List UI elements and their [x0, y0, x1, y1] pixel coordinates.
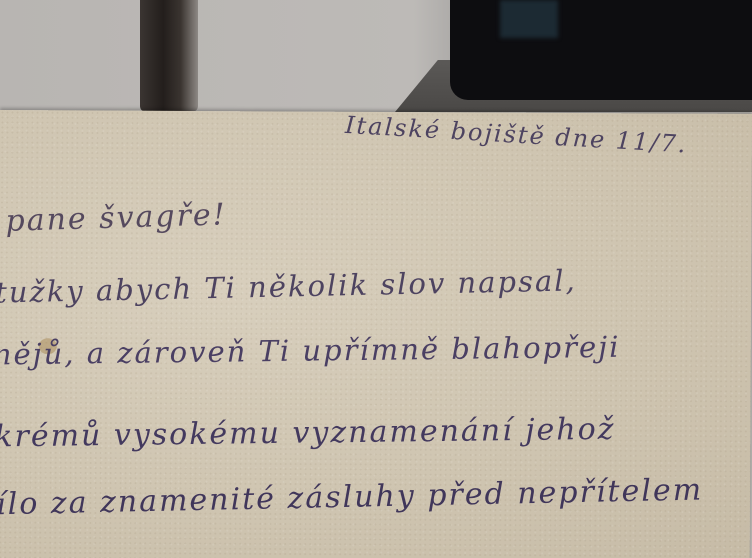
- postcard-heading: Italské bojiště dne 11/7.: [344, 111, 688, 159]
- handwritten-line: krémů vysokému vyznamenání jehož: [0, 412, 616, 455]
- handwritten-line: ílo za znamenité zásluhy před nepřítelem: [0, 472, 703, 522]
- handwritten-line: pane švagře!: [5, 197, 227, 239]
- postcard: Italské bojiště dne 11/7. pane švagře! t…: [0, 110, 752, 558]
- monitor: [450, 0, 752, 100]
- lamp-pole: [140, 0, 198, 112]
- monitor-screen-reflection: [500, 0, 558, 38]
- handwritten-line: nějů, a zároveň Ti upřímně blahopřeji: [0, 330, 621, 372]
- handwritten-line: tužky abych Ti několik slov napsal,: [0, 263, 577, 309]
